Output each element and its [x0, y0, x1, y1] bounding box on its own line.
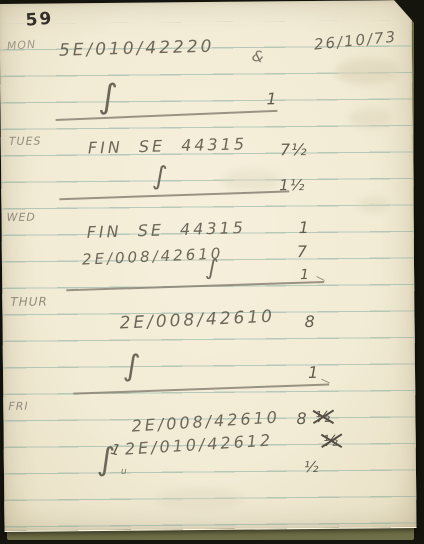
tally-value: 1 [308, 363, 319, 382]
entry-code: 2E/008/42610 [82, 244, 224, 268]
notebook-scan: 59 MON 5E/010/42220 & 26/10/73 ∫ 1 TUES … [0, 0, 424, 544]
entry-code: FIN SE 44315 [88, 134, 248, 157]
pencil-underline [59, 190, 289, 199]
day-label-mon: MON [6, 38, 36, 53]
tally-mark: ∫ [152, 163, 169, 191]
pencil-underline [56, 110, 278, 121]
day-label-thur: THUR [10, 295, 48, 309]
entry-value: 8 [296, 409, 307, 428]
entry-value: 7 [297, 242, 308, 261]
notebook-page: 59 MON 5E/010/42220 & 26/10/73 ∫ 1 TUES … [0, 0, 417, 531]
squiggle-mark: & [250, 47, 265, 67]
entry-date: 26/10/73 [313, 28, 398, 54]
day-label-fri: FRI [8, 400, 28, 413]
entry-code: 2E/008/42610 [119, 307, 275, 334]
page-number: 59 [25, 9, 54, 31]
crossed-out-value: ½ [314, 408, 332, 426]
day-label-wed: WED [6, 211, 35, 224]
tally-mark-suffix: u [121, 467, 127, 477]
crossed-out-value: ½ [322, 432, 340, 450]
tally-mark: ∫ [96, 442, 116, 475]
entry-code: 2E/010/42612 [124, 431, 273, 459]
tally-value: ½ [304, 458, 320, 476]
entry-value: 7½ [280, 140, 308, 159]
pencil-underline-arrow [73, 383, 329, 394]
tally-mark: ∫ [98, 79, 119, 115]
day-label-tues: TUES [9, 135, 42, 148]
entry-code: FIN SE 44315 [86, 218, 246, 242]
handwriting-layer: 59 MON 5E/010/42220 & 26/10/73 ∫ 1 TUES … [0, 0, 417, 531]
entry-code: 5E/010/42220 [59, 37, 215, 61]
tally-value: 1 [266, 89, 277, 108]
entry-value: 1 [299, 218, 310, 237]
pencil-underline-arrow [66, 281, 324, 291]
entry-value: 8 [304, 312, 315, 331]
tally-mark: ∫ [122, 351, 141, 383]
tally-mark: ∫ [204, 257, 219, 280]
